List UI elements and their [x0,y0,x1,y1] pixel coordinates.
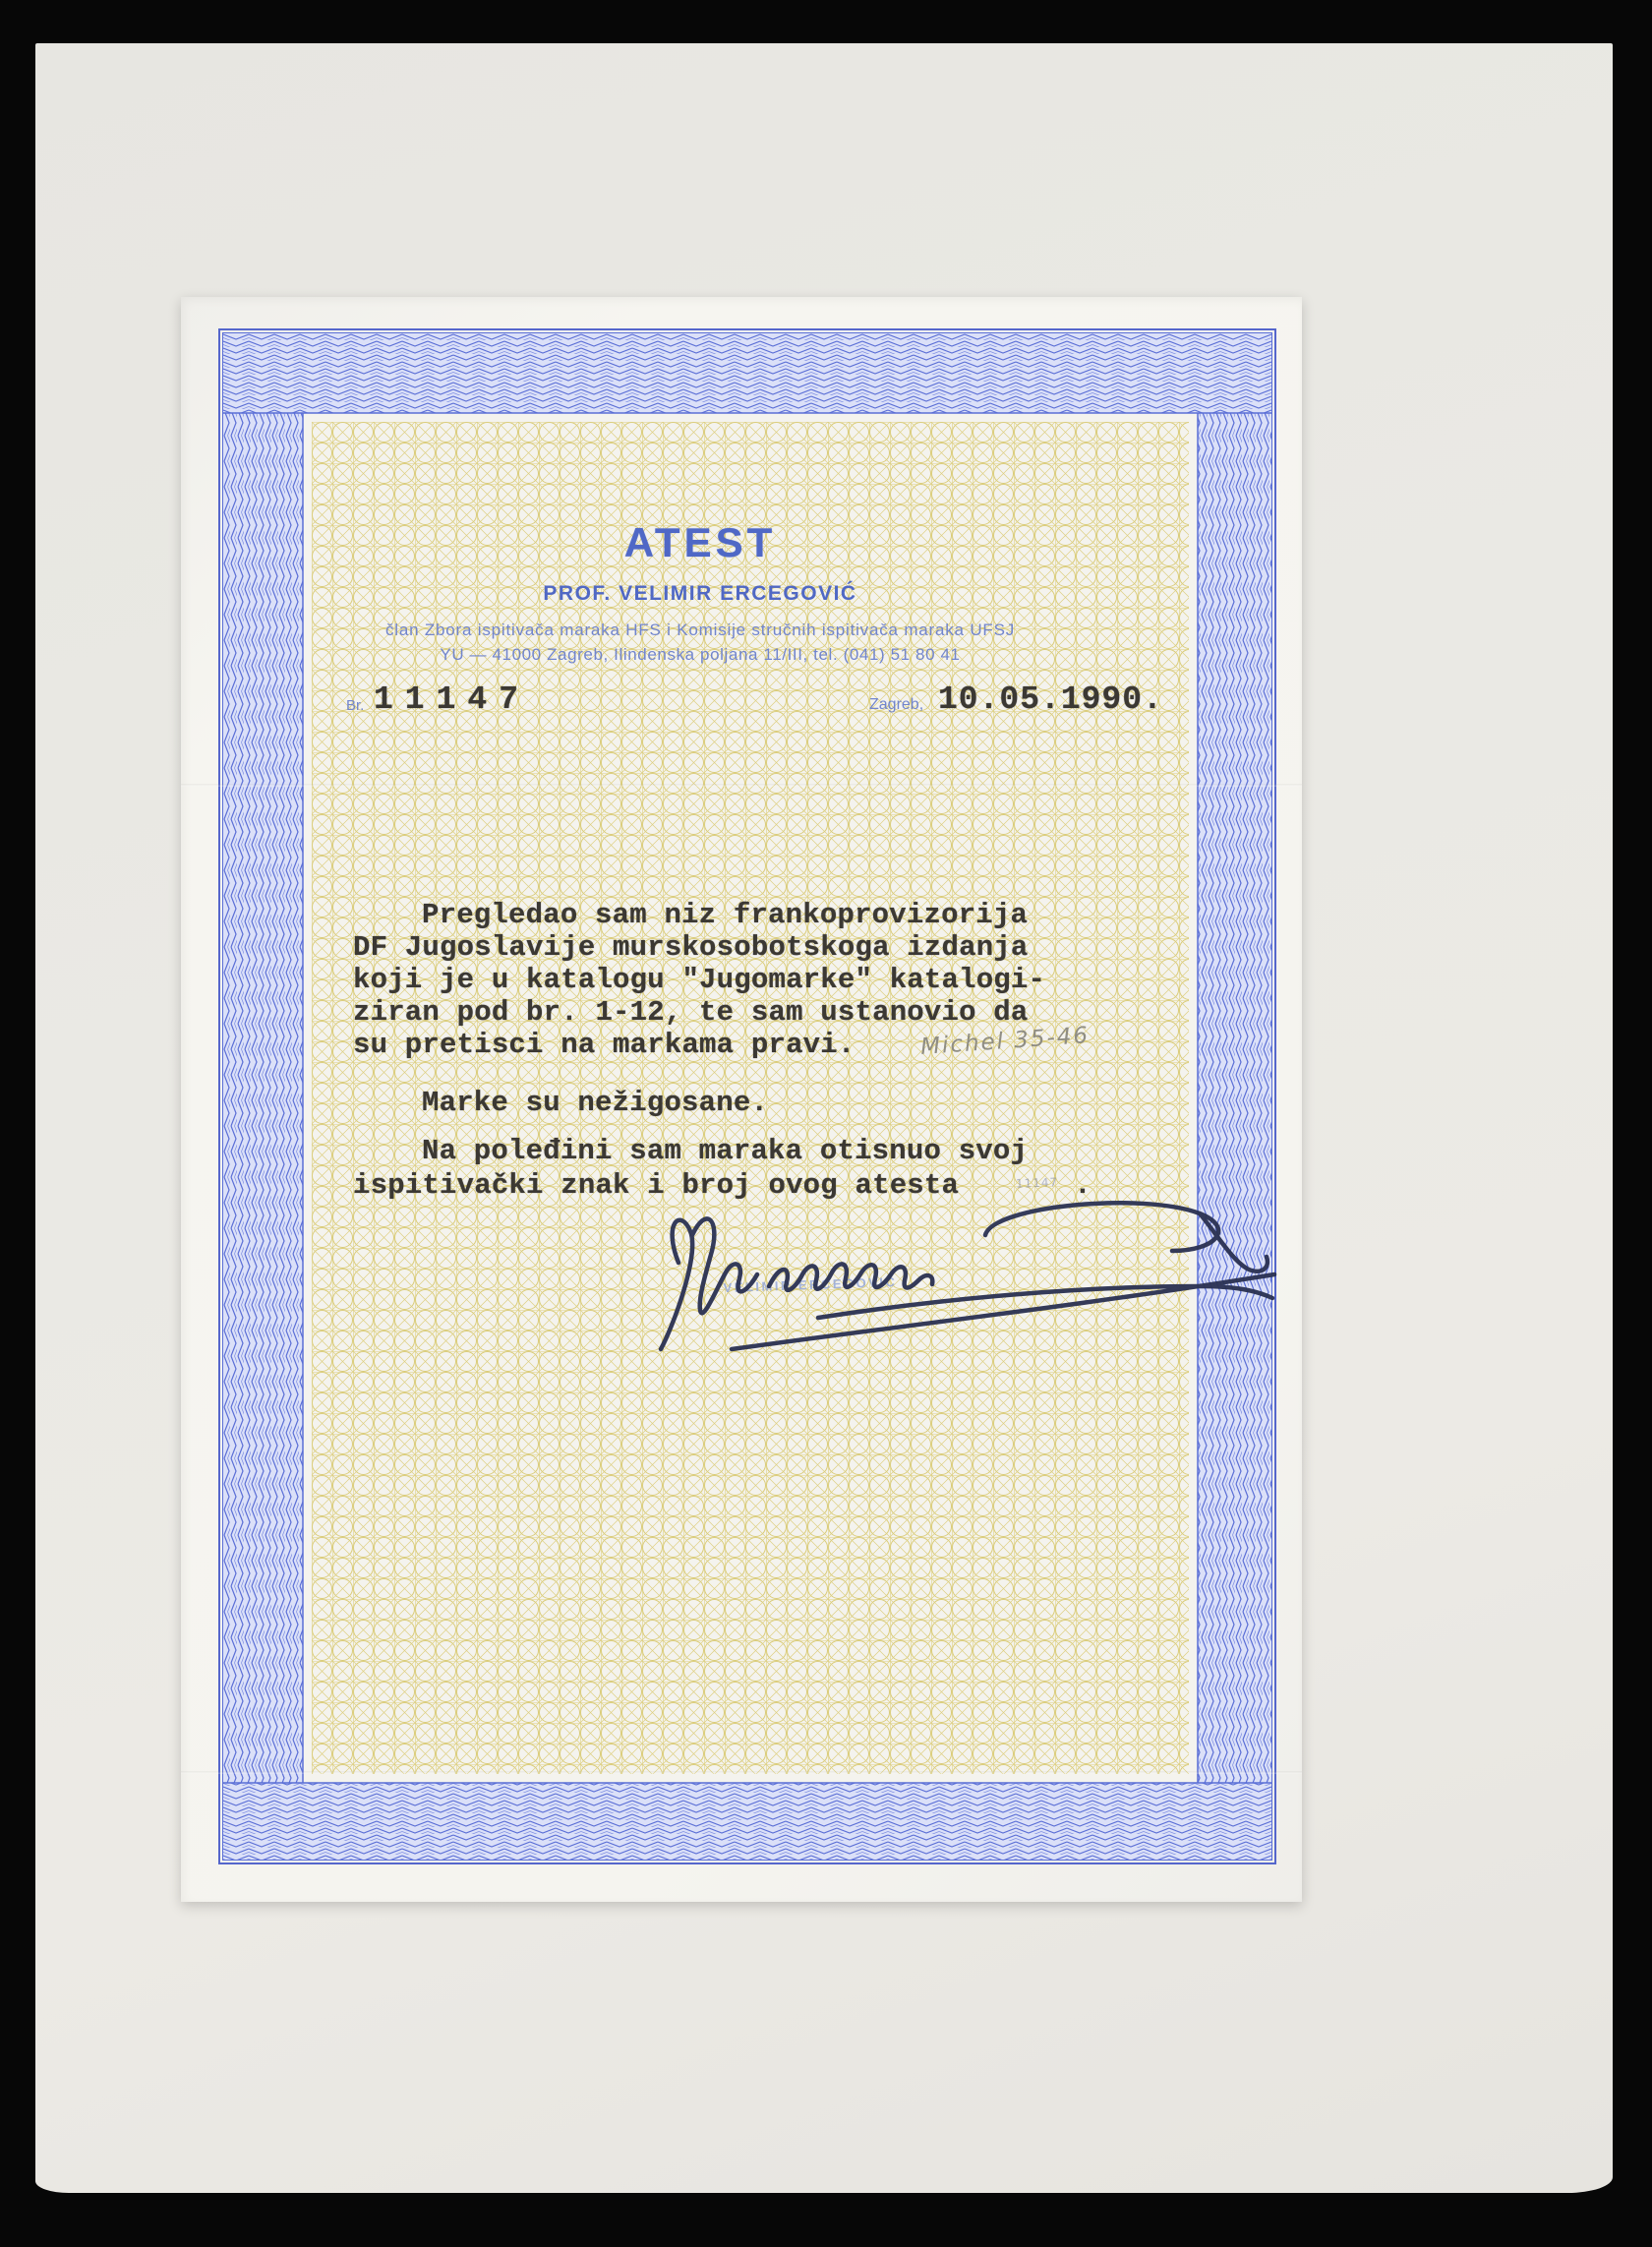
certificate-number: 11147 [374,681,530,718]
body-line: Marke su nežigosane. [353,1087,1189,1119]
body-line: DF Jugoslavije murskosobotskoga izdanja [353,931,1189,964]
album-page: ATEST PROF. VELIMIR ERCEGOVIĆ član Zbora… [35,43,1613,2193]
examiner-credentials: član Zbora ispitivača maraka HFS i Komis… [181,621,1219,640]
number-label: Br. [346,697,364,714]
certificate-header: ATEST PROF. VELIMIR ERCEGOVIĆ član Zbora… [181,519,1219,665]
body-line: Na poleđini sam maraka otisnuo svoj [353,1135,1189,1167]
typed-body: Pregledao sam niz frankoprovizorija DF J… [353,899,1189,1202]
signature [523,1180,1290,1367]
place-label: Zagreb, [869,696,923,714]
certificate-paper: ATEST PROF. VELIMIR ERCEGOVIĆ član Zbora… [181,297,1302,1902]
certificate-date: 10.05.1990. [938,681,1163,718]
paper-fold-crease [181,1771,1302,1774]
examiner-name: PROF. VELIMIR ERCEGOVIĆ [181,582,1219,606]
examiner-address: YU — 41000 Zagreb, Ilindenska poljana 11… [181,645,1219,665]
paper-fold-crease [181,784,1302,787]
certificate-title: ATEST [181,519,1219,566]
body-line: Pregledao sam niz frankoprovizorija [353,899,1189,931]
body-line: koji je u katalogu "Jugomarke" katalogi- [353,964,1189,996]
